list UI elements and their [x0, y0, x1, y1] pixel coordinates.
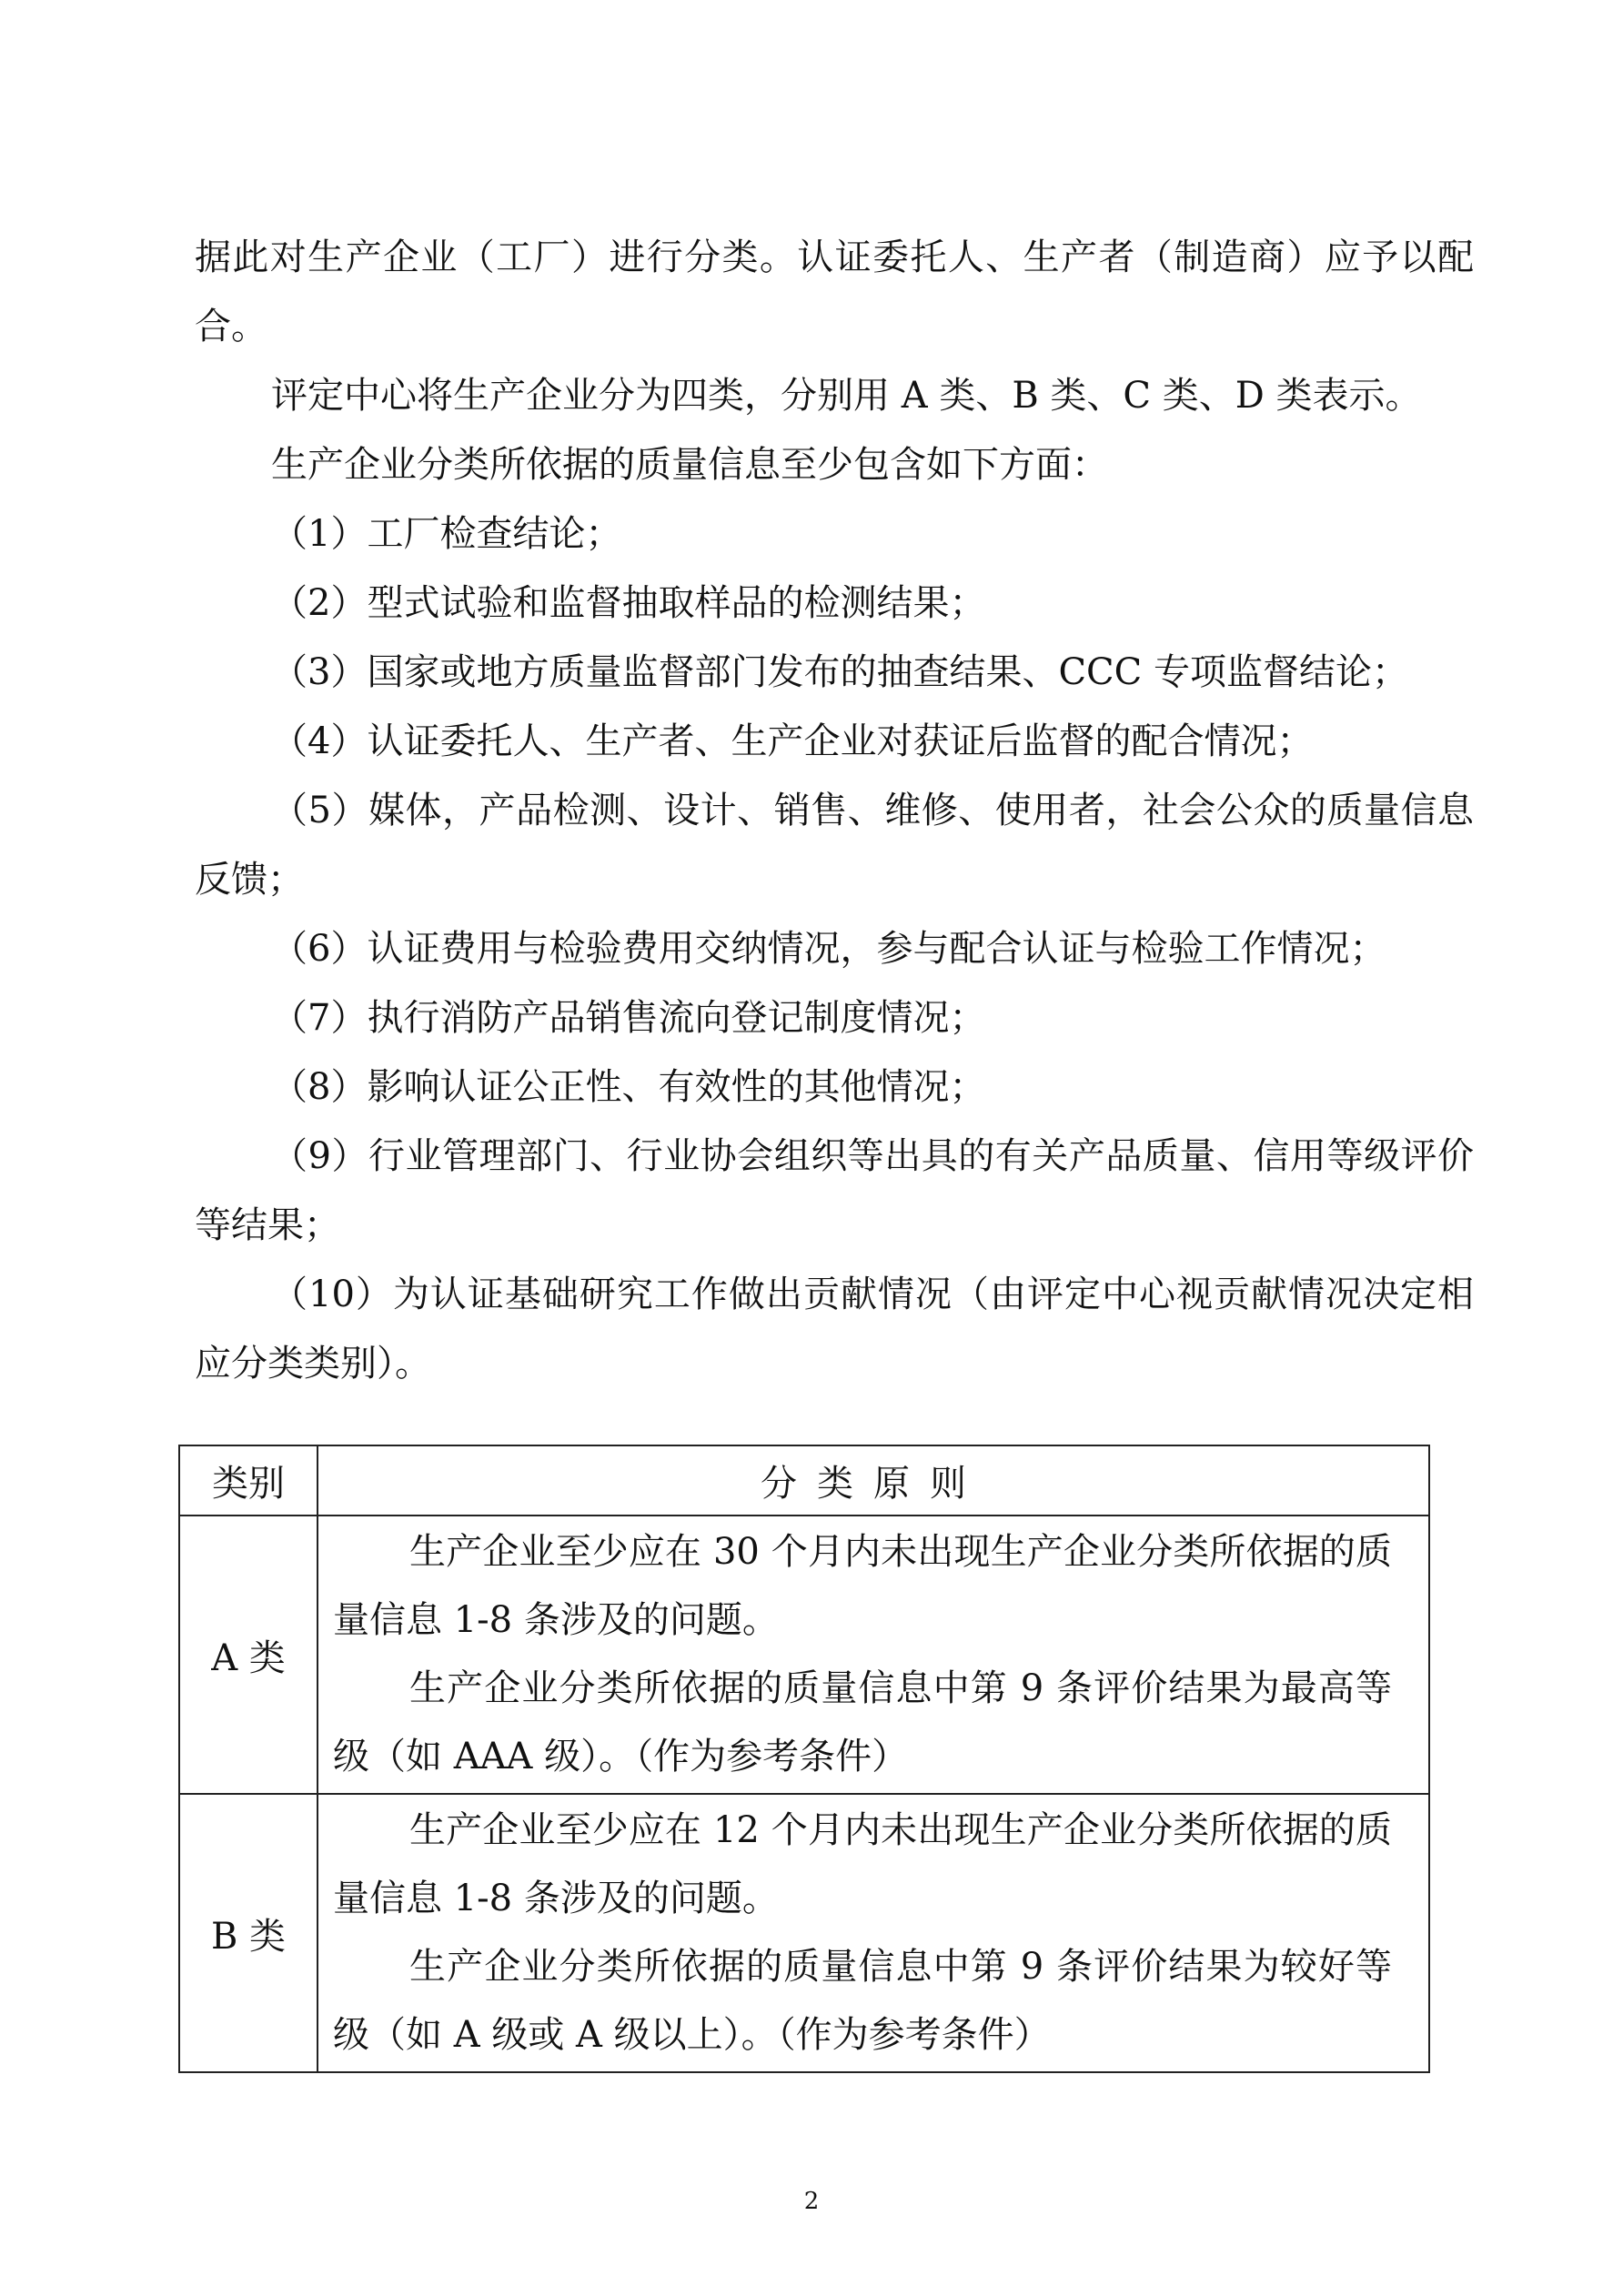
rule-text: 生产企业分类所依据的质量信息中第 9 条评价结果为较好等级（如 A 级或 A 级…	[333, 1933, 1392, 2069]
list-item: （10）为认证基础研究工作做出贡献情况（由评定中心视贡献情况决定相应分类类别）。	[195, 1260, 1474, 1398]
list-item: （9）行业管理部门、行业协会组织等出具的有关产品质量、信用等级评价等结果；	[195, 1122, 1474, 1260]
body-text: 据此对生产企业（工厂）进行分类。认证委托人、生产者（制造商）应予以配合。 评定中…	[195, 223, 1474, 1398]
paragraph: 据此对生产企业（工厂）进行分类。认证委托人、生产者（制造商）应予以配合。	[195, 223, 1474, 361]
list-item: （4）认证委托人、生产者、生产企业对获证后监督的配合情况；	[195, 707, 1474, 776]
list-item: （1）工厂检查结论；	[195, 499, 1474, 569]
header-category: 类别	[179, 1445, 318, 1516]
list-item: （8）影响认证公正性、有效性的其他情况；	[195, 1052, 1474, 1122]
table-header-row: 类别 分类原则	[179, 1445, 1429, 1516]
paragraph: 评定中心将生产企业分为四类，分别用 A 类、B 类、C 类、D 类表示。	[195, 361, 1474, 430]
classification-table: 类别 分类原则 A 类 生产企业至少应在 30 个月内未出现生产企业分类所依据的…	[178, 1445, 1430, 2073]
rule-cell: 生产企业至少应在 12 个月内未出现生产企业分类所依据的质量信息 1-8 条涉及…	[318, 1794, 1429, 2072]
list-item: （5）媒体，产品检测、设计、销售、维修、使用者，社会公众的质量信息反馈；	[195, 776, 1474, 914]
list-item: （7）执行消防产品销售流向登记制度情况；	[195, 983, 1474, 1052]
rule-text: 生产企业至少应在 30 个月内未出现生产企业分类所依据的质量信息 1-8 条涉及…	[333, 1518, 1392, 1655]
table-row: A 类 生产企业至少应在 30 个月内未出现生产企业分类所依据的质量信息 1-8…	[179, 1516, 1429, 1794]
rule-text: 生产企业至少应在 12 个月内未出现生产企业分类所依据的质量信息 1-8 条涉及…	[333, 1797, 1392, 1933]
page-number: 2	[0, 2188, 1623, 2215]
rule-cell: 生产企业至少应在 30 个月内未出现生产企业分类所依据的质量信息 1-8 条涉及…	[318, 1516, 1429, 1794]
header-rule: 分类原则	[318, 1445, 1429, 1516]
rule-text: 生产企业分类所依据的质量信息中第 9 条评价结果为最高等级（如 AAA 级）。（…	[333, 1655, 1392, 1791]
document-page: 据此对生产企业（工厂）进行分类。认证委托人、生产者（制造商）应予以配合。 评定中…	[0, 0, 1623, 2296]
list-item: （3）国家或地方质量监督部门发布的抽查结果、CCC 专项监督结论；	[195, 638, 1474, 707]
category-cell: A 类	[179, 1516, 318, 1794]
list-item: （6）认证费用与检验费用交纳情况，参与配合认证与检验工作情况；	[195, 914, 1474, 983]
list-item: （2）型式试验和监督抽取样品的检测结果；	[195, 569, 1474, 638]
table-row: B 类 生产企业至少应在 12 个月内未出现生产企业分类所依据的质量信息 1-8…	[179, 1794, 1429, 2072]
category-cell: B 类	[179, 1794, 318, 2072]
paragraph: 生产企业分类所依据的质量信息至少包含如下方面：	[195, 430, 1474, 499]
